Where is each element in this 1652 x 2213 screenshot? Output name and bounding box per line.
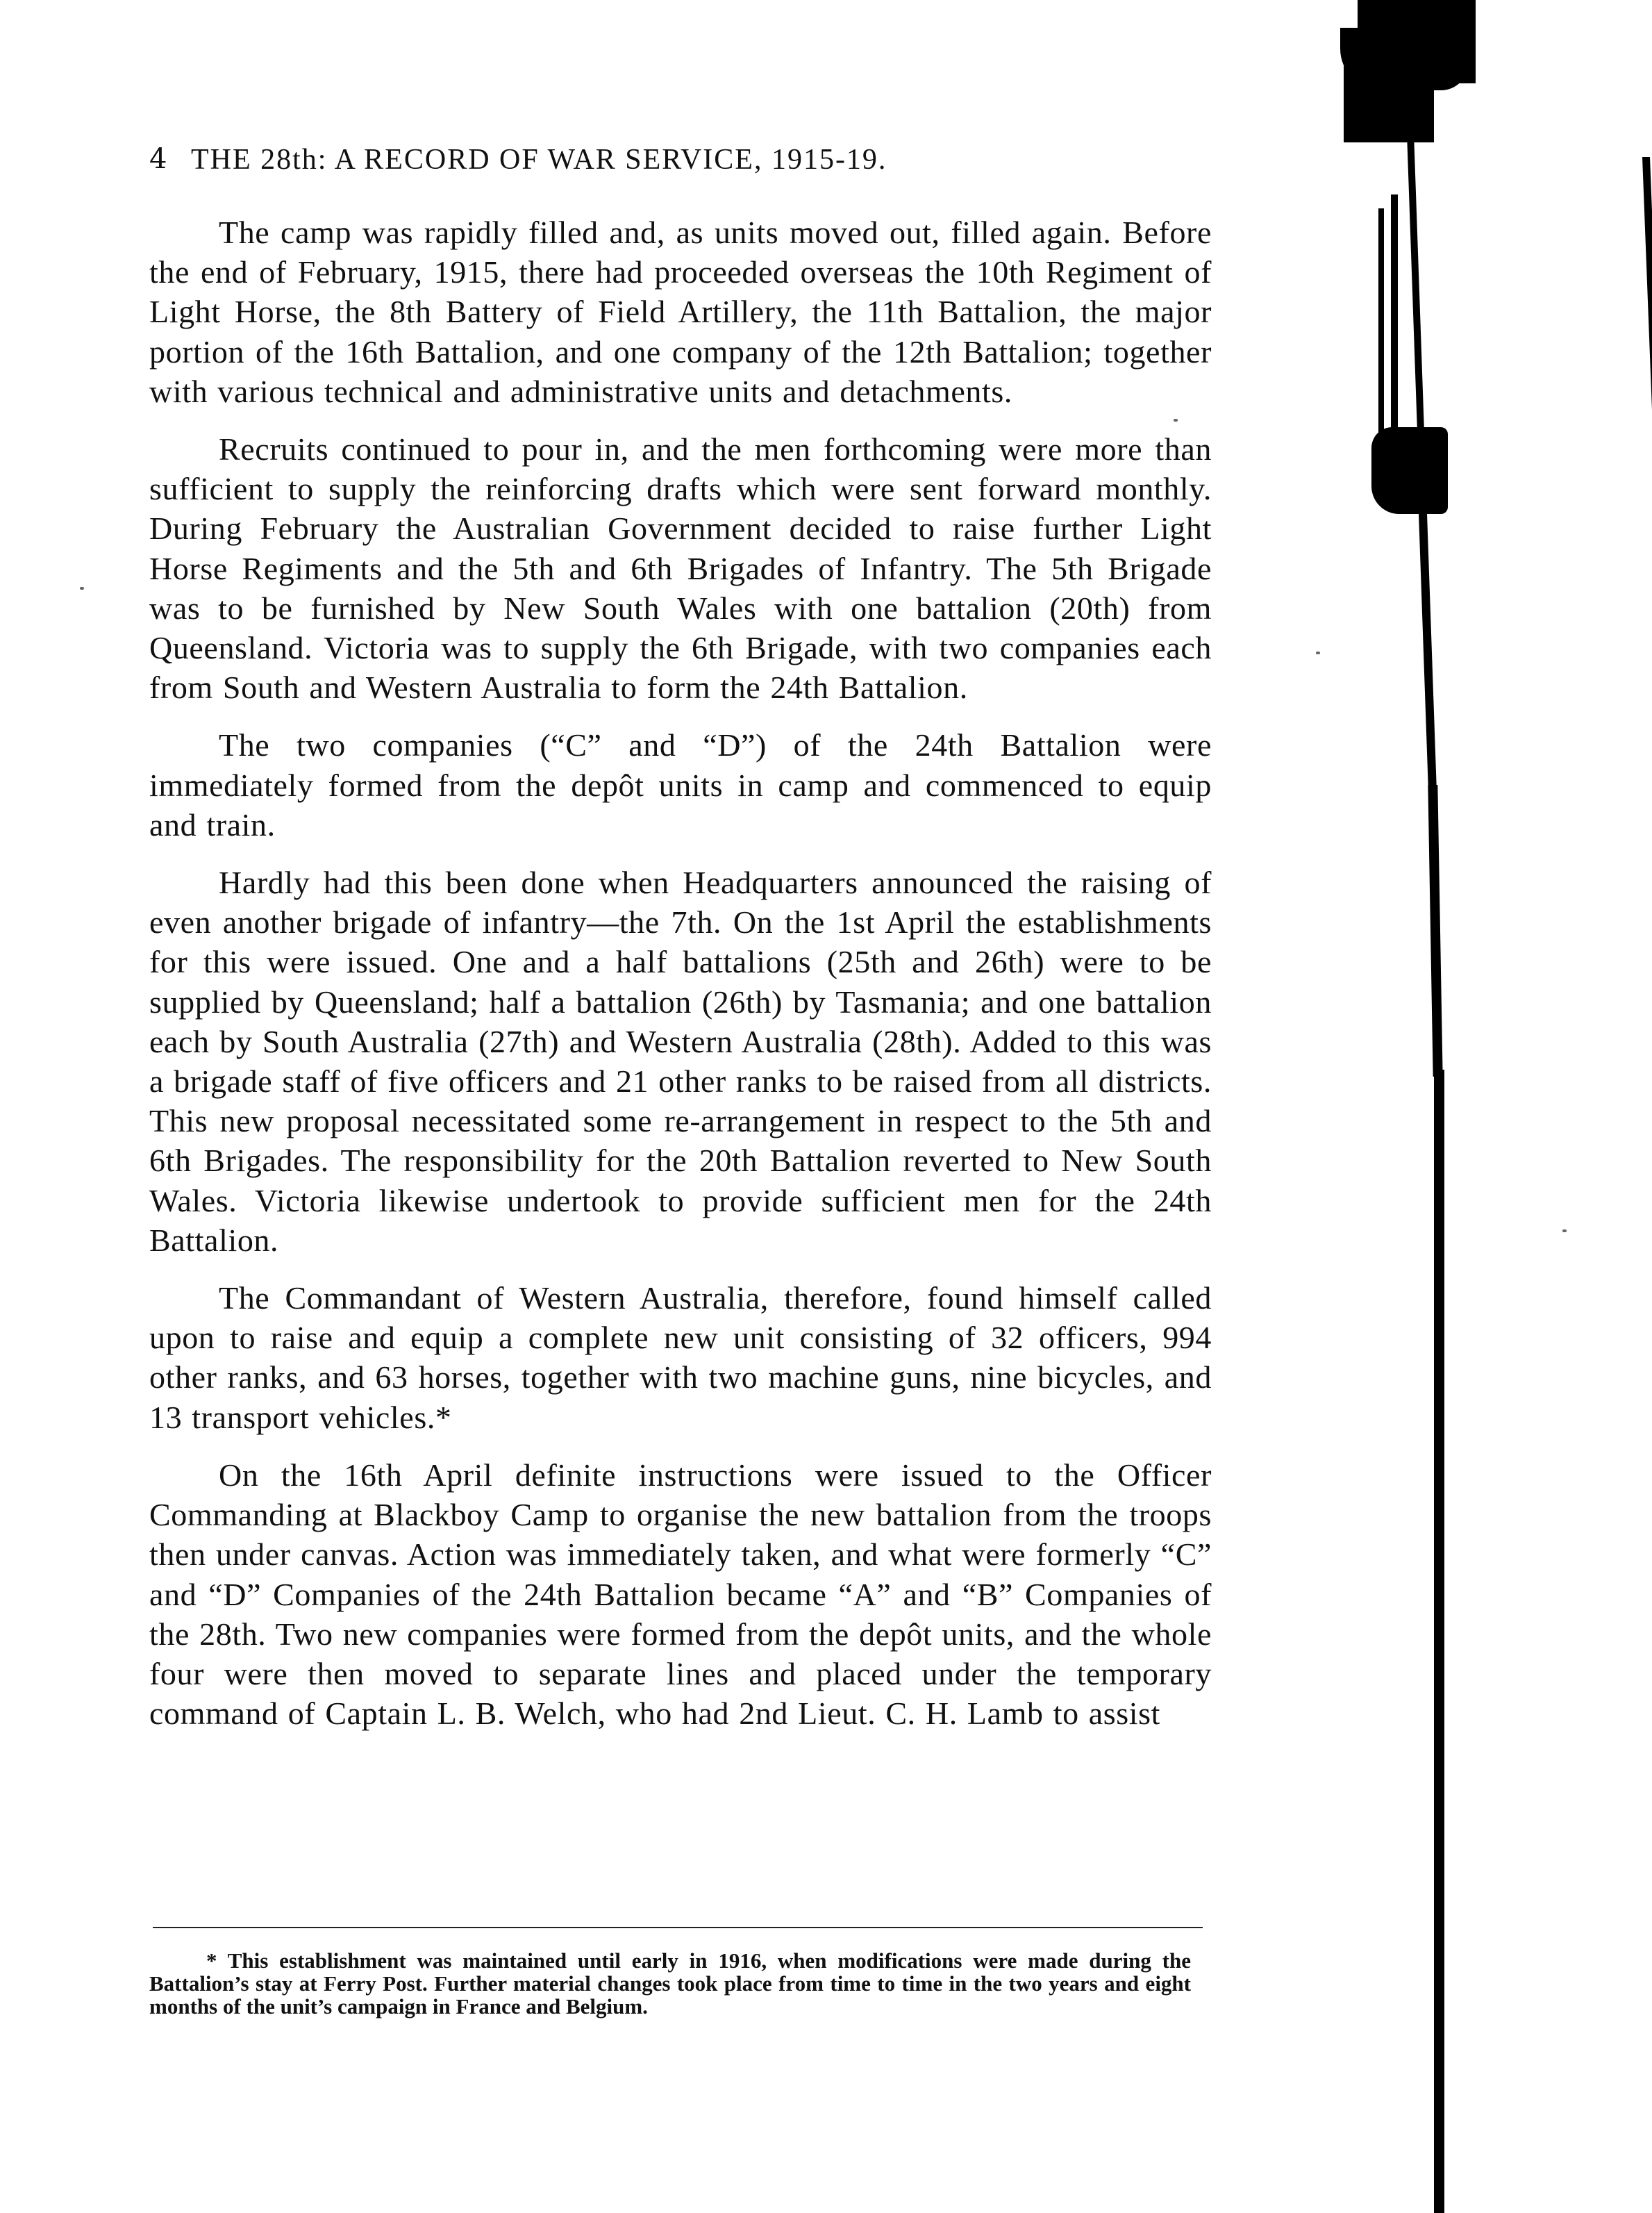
scan-binding-line-3 xyxy=(1378,208,1384,445)
scan-speck xyxy=(80,587,84,590)
scan-speck xyxy=(1562,1229,1567,1232)
running-title: THE 28th: A RECORD OF WAR SERVICE, 1915-… xyxy=(191,143,887,176)
scan-speck xyxy=(1316,652,1320,654)
paragraph: Recruits continued to pour in, and the m… xyxy=(149,429,1212,707)
scan-edge-line xyxy=(1642,157,1652,2053)
paragraph: On the 16th April definite instructions … xyxy=(149,1455,1212,1733)
footnote-rule xyxy=(153,1927,1203,1928)
scanned-page: 4 THE 28th: A RECORD OF WAR SERVICE, 191… xyxy=(0,0,1652,2213)
scan-smudge-middle xyxy=(1371,427,1448,514)
paragraph: The two companies (“C” and “D”) of the 2… xyxy=(149,725,1212,845)
body-text: The camp was rapidly filled and, as unit… xyxy=(149,213,1212,1733)
scan-binding-line-6 xyxy=(1434,1070,1444,2213)
scan-binding-line-5 xyxy=(1428,785,1442,1077)
scan-binding-line-4 xyxy=(1419,514,1437,792)
scan-binding-line-2 xyxy=(1391,194,1398,445)
scan-speck xyxy=(1174,419,1178,422)
page-header: 4 THE 28th: A RECORD OF WAR SERVICE, 191… xyxy=(149,143,1233,185)
page-number: 4 xyxy=(149,143,167,175)
footnote: * This establishment was maintained unti… xyxy=(149,1949,1191,2018)
paragraph: The Commandant of Western Australia, the… xyxy=(149,1278,1212,1437)
paragraph: Hardly had this been done when Headquart… xyxy=(149,863,1212,1260)
scan-smudge-upper-2 xyxy=(1344,66,1434,142)
paragraph: The camp was rapidly filled and, as unit… xyxy=(149,213,1212,411)
